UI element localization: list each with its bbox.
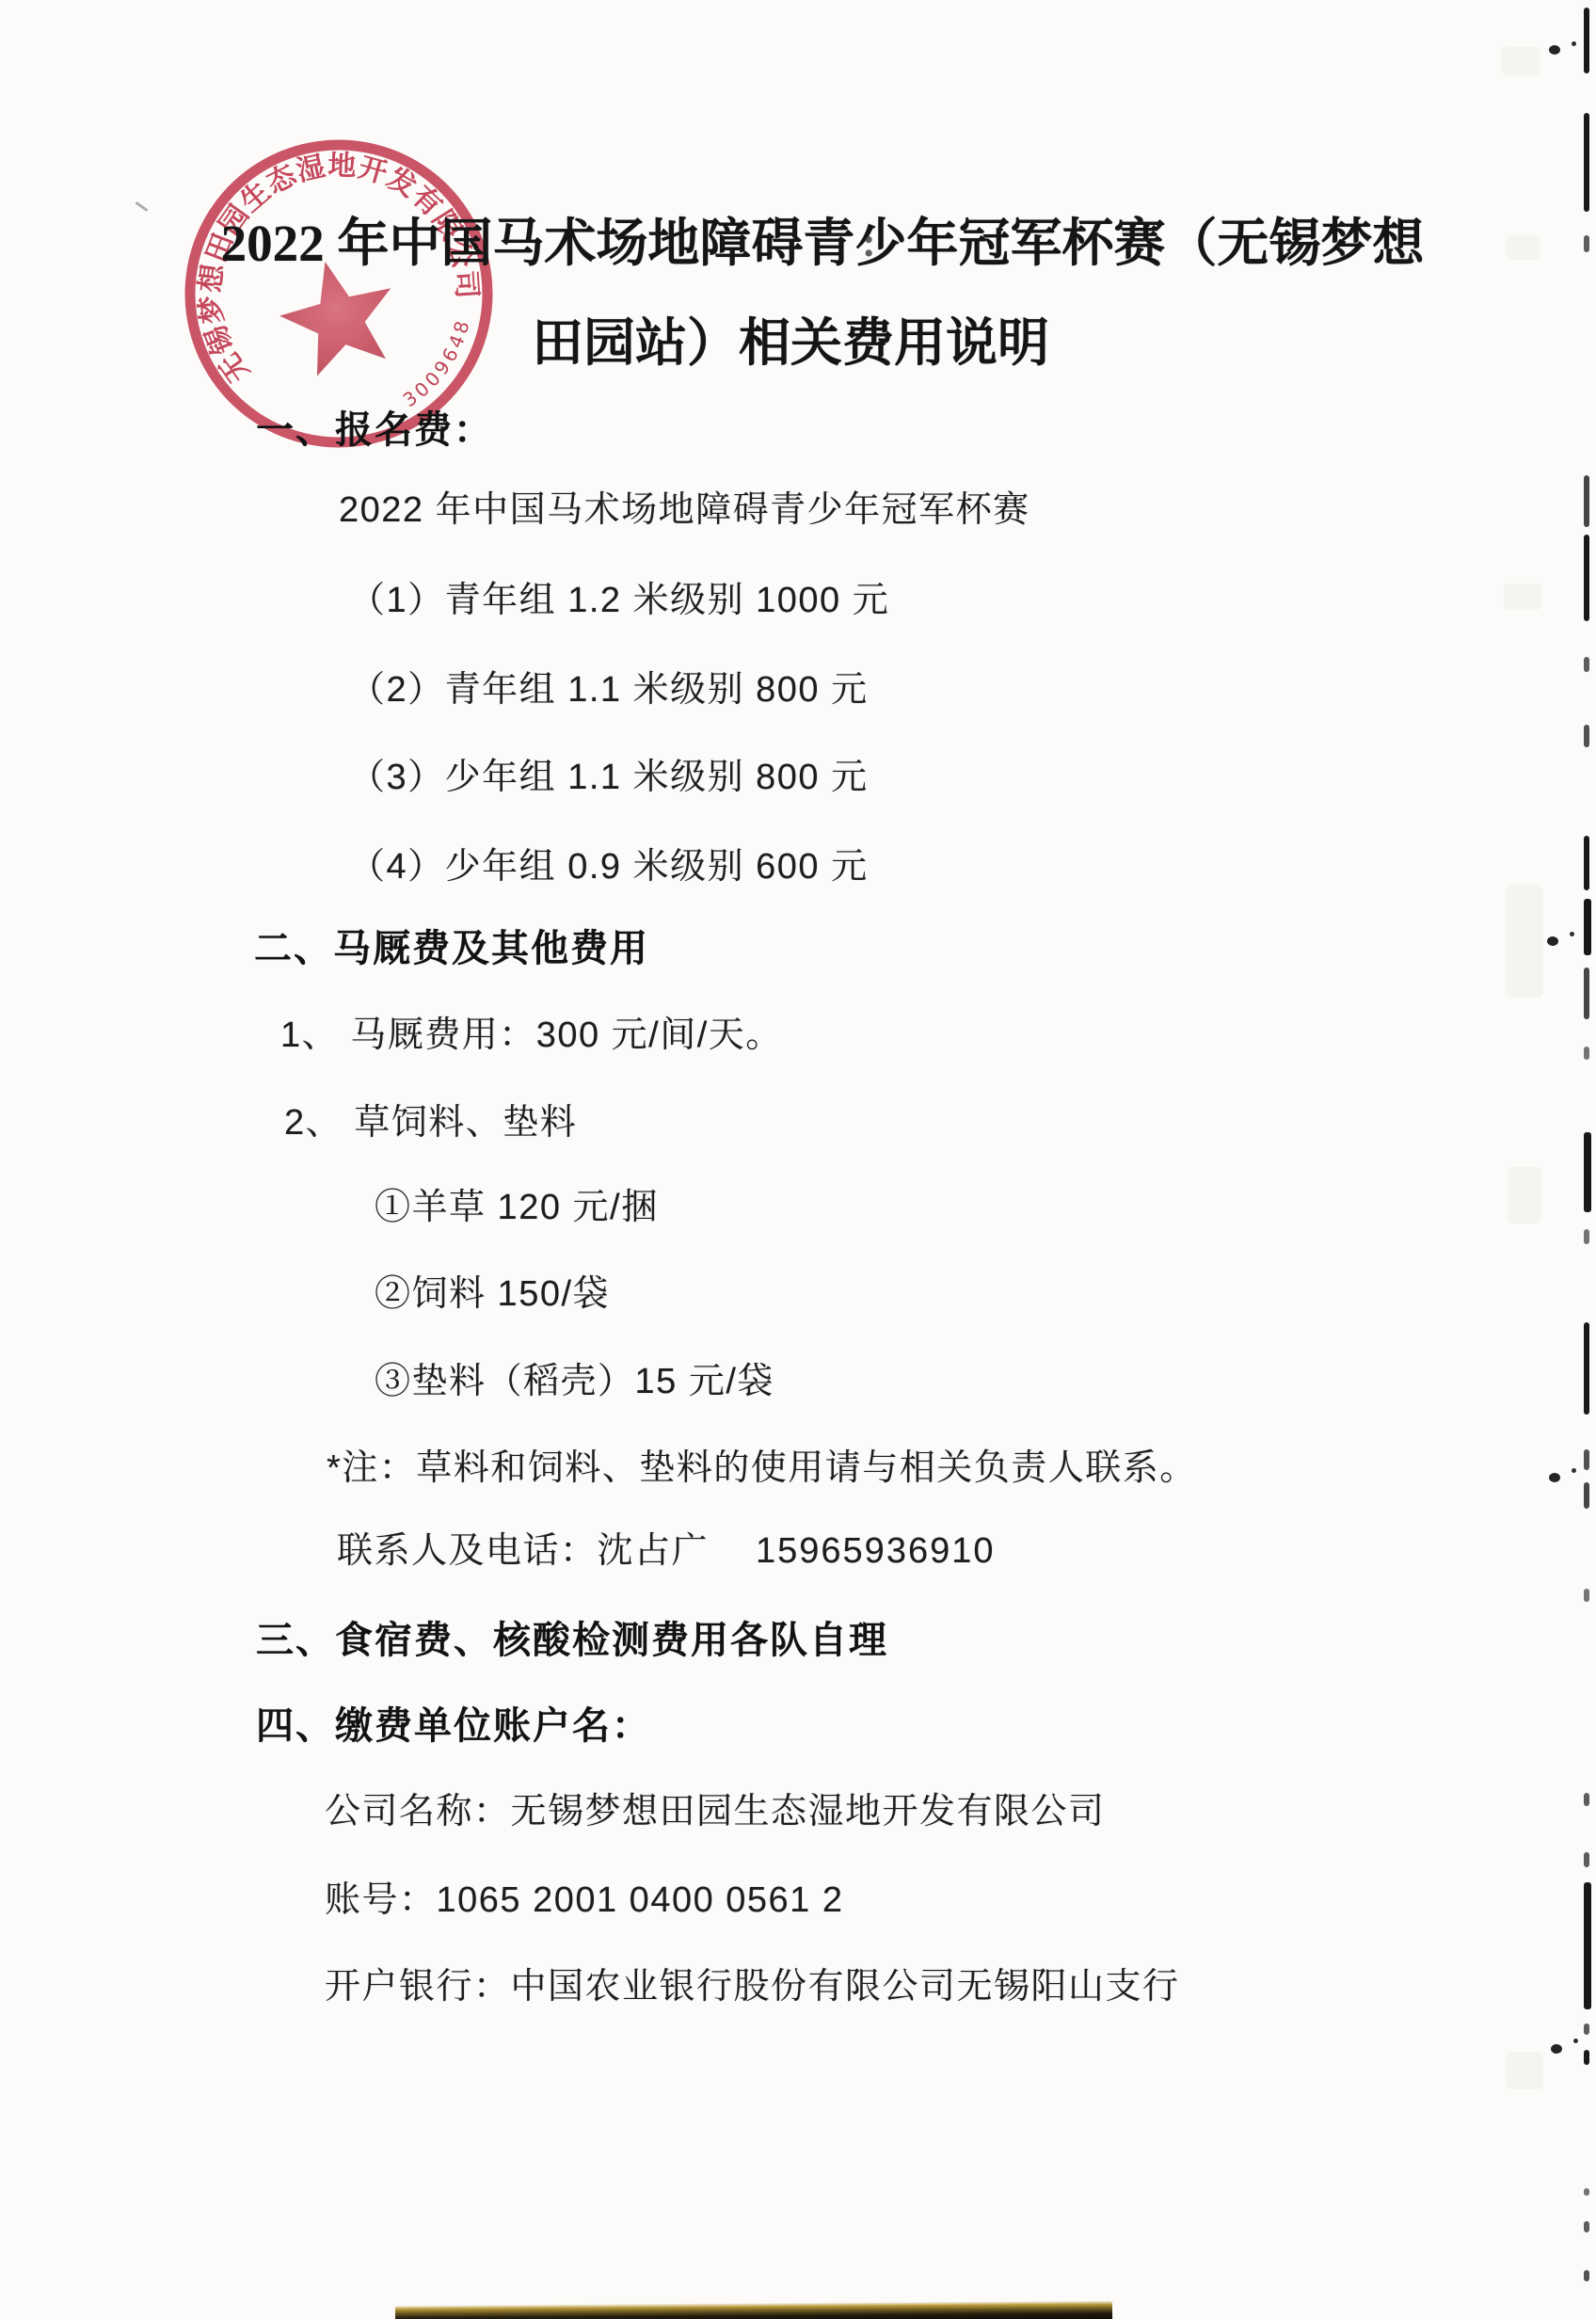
scan-noise-dot [1549,45,1560,55]
paper-smudge [1508,1167,1541,1223]
fee-item-4: （4）少年组 0.9 米级别 600 元 [349,837,869,888]
scan-noise-streak [1584,968,1589,1019]
section4-heading: 四、缴费单位账户名： [256,1696,651,1750]
contact-label: 联系人及电话：沈占广 [337,1531,709,1571]
scan-noise-streak [1584,1852,1589,1867]
scan-noise-streak [1584,2188,1589,2196]
scan-noise-streak [1584,2023,1589,2035]
paper-smudge [1504,584,1541,610]
scan-noise-streak [1584,1882,1591,2009]
scan-noise-streak [1584,1322,1589,1415]
scan-artifact-colon: : [862,218,876,266]
scan-noise-dot [1547,936,1558,946]
section2-heading: 二、马厩费及其他费用 [254,919,649,972]
scan-noise-streak [1584,535,1589,621]
scan-noise-streak [1584,899,1591,955]
scan-noise-streak [1584,1132,1591,1212]
section1-heading: 一、报名费： [256,400,493,454]
scan-noise-streak [1584,1449,1589,1470]
scan-noise-streak [1584,725,1589,747]
paper-smudge [1501,47,1540,75]
scan-noise-streak [1584,1482,1589,1509]
bank-line: 开户银行：中国农业银行股份有限公司无锡阳山支行 [325,1957,1180,2008]
scanned-document-page: 无锡梦想田园生态湿地开发有限公司 3009648 2022 年中国马术场地障碍青… [0,0,1596,2319]
forage-item: 2、 草饲料、垫料 [284,1093,577,1144]
scan-noise-dot [1572,41,1576,46]
scan-noise-streak [1584,836,1589,890]
section1-intro: 2022 年中国马术场地障碍青少年冠军杯赛 [339,480,1030,532]
fee-item-1: （1）青年组 1.2 米级别 1000 元 [349,570,889,622]
note-line: *注：草料和饲料、垫料的使用请与相关负责人联系。 [327,1438,1197,1490]
company-name-line: 公司名称：无锡梦想田园生态湿地开发有限公司 [325,1782,1106,1833]
document-title-line1: 2022 年中国马术场地障碍青少年冠军杯赛（无锡梦想 [0,201,1596,276]
scan-noise-streak [1584,1793,1589,1806]
scan-noise-dot [1573,2039,1578,2043]
scan-noise-streak [1584,2221,1589,2232]
scanner-edge-shadow [395,2300,1112,2319]
scan-noise-dot [1570,932,1574,936]
scan-noise-streak [1584,235,1589,252]
scan-noise-dot [1549,1473,1560,1482]
scan-noise-streak [1584,1229,1589,1244]
scan-noise-streak [1584,1589,1589,1602]
scan-noise-streak [1584,475,1589,527]
scan-noise-streak [1584,657,1589,672]
contact-phone: 15965936910 [756,1531,995,1572]
forage-subitem-2: ②饲料 150/袋 [375,1264,610,1316]
fee-item-3: （3）少年组 1.1 米级别 800 元 [349,747,869,799]
scan-noise-dot [1551,2044,1562,2054]
scan-noise-streak [1584,2270,1589,2281]
scan-noise-dot [1572,1468,1576,1473]
paper-smudge [1506,2052,1543,2089]
contact-line: 联系人及电话：沈占广15965936910 [337,1521,996,1573]
forage-subitem-1: ①羊草 120 元/捆 [375,1177,659,1229]
section3-heading: 三、食宿费、核酸检测费用各队自理 [256,1610,888,1664]
scan-noise-streak [1584,1047,1589,1060]
document-title-line2: 田园站）相关费用说明 [0,301,1596,376]
account-number-line: 账号：1065 2001 0400 0561 2 [325,1870,844,1922]
fee-item-2: （2）青年组 1.1 米级别 800 元 [349,660,869,712]
stable-fee-item: 1、 马厩费用：300 元/间/天。 [280,1005,783,1057]
scan-noise-streak [1584,8,1589,73]
forage-subitem-3: ③垫料（稻壳）15 元/袋 [375,1351,774,1403]
scan-noise-streak [1584,2050,1589,2065]
paper-smudge [1506,885,1543,998]
scan-noise-streak [1584,113,1589,212]
